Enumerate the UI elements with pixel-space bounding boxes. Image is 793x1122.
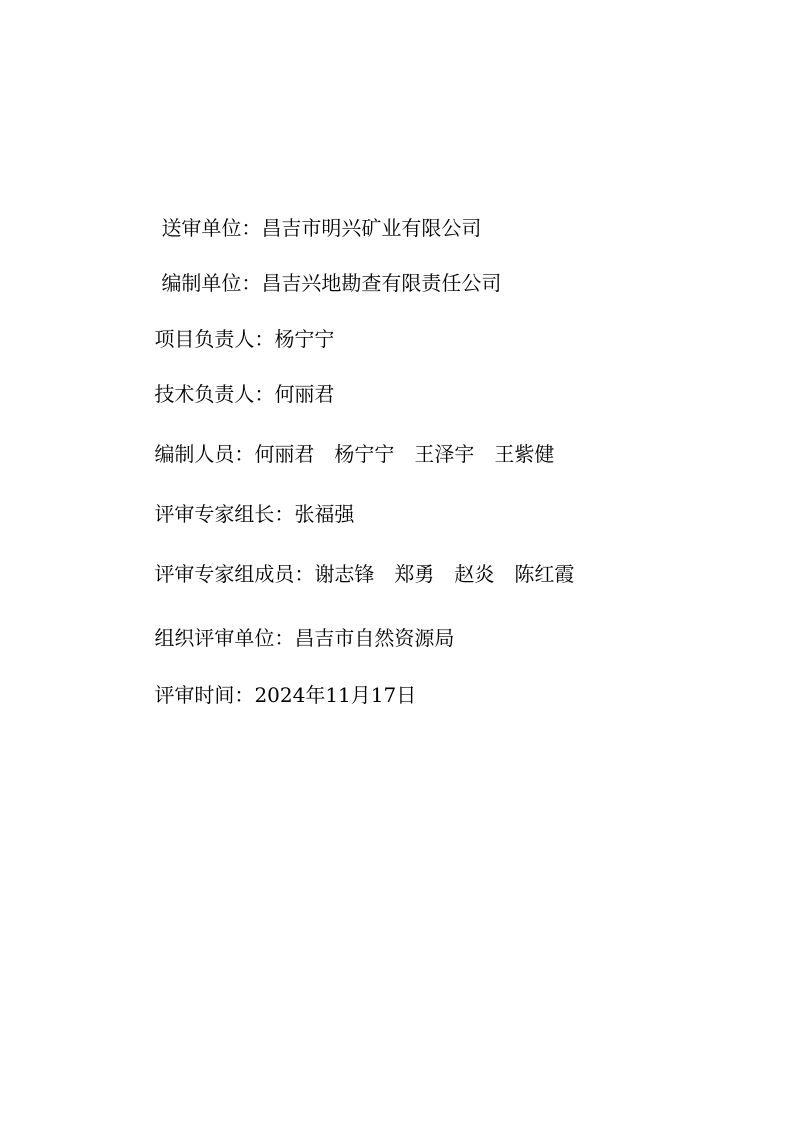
field-project-leader-value: 杨宁宁 bbox=[274, 327, 334, 351]
field-compiling-unit-value: 昌吉兴地勘查有限责任公司 bbox=[261, 271, 501, 295]
field-review-organizer-label: 组织评审单位： bbox=[154, 626, 294, 650]
field-technical-leader-value: 何丽君 bbox=[274, 382, 334, 406]
field-expert-group-members-label: 评审专家组成员： bbox=[154, 562, 314, 586]
field-review-organizer-value: 昌吉市自然资源局 bbox=[294, 626, 454, 650]
document-page: 送审单位：昌吉市明兴矿业有限公司 编制单位：昌吉兴地勘查有限责任公司 项目负责人… bbox=[0, 0, 793, 1122]
field-review-date: 评审时间：2024年11月17日 bbox=[129, 659, 416, 731]
field-compilers-label: 编制人员： bbox=[154, 442, 254, 466]
field-compiling-unit-label: 编制单位： bbox=[161, 271, 261, 295]
field-expert-group-leader-label: 评审专家组长： bbox=[154, 502, 294, 526]
field-expert-group-leader-value: 张福强 bbox=[294, 502, 354, 526]
field-expert-group-members: 评审专家组成员：谢志锋 郑勇 赵炎 陈红霞 bbox=[129, 538, 574, 610]
field-review-date-value: 2024年11月17日 bbox=[254, 683, 416, 707]
field-technical-leader-label: 技术负责人： bbox=[154, 382, 274, 406]
field-submit-unit-value: 昌吉市明兴矿业有限公司 bbox=[261, 216, 481, 240]
field-submit-unit-label: 送审单位： bbox=[161, 216, 261, 240]
field-review-date-label: 评审时间： bbox=[154, 683, 254, 707]
field-expert-group-members-value: 谢志锋 郑勇 赵炎 陈红霞 bbox=[314, 562, 574, 586]
field-compilers-value: 何丽君 杨宁宁 王泽宇 王紫健 bbox=[254, 442, 554, 466]
field-project-leader-label: 项目负责人： bbox=[154, 327, 274, 351]
